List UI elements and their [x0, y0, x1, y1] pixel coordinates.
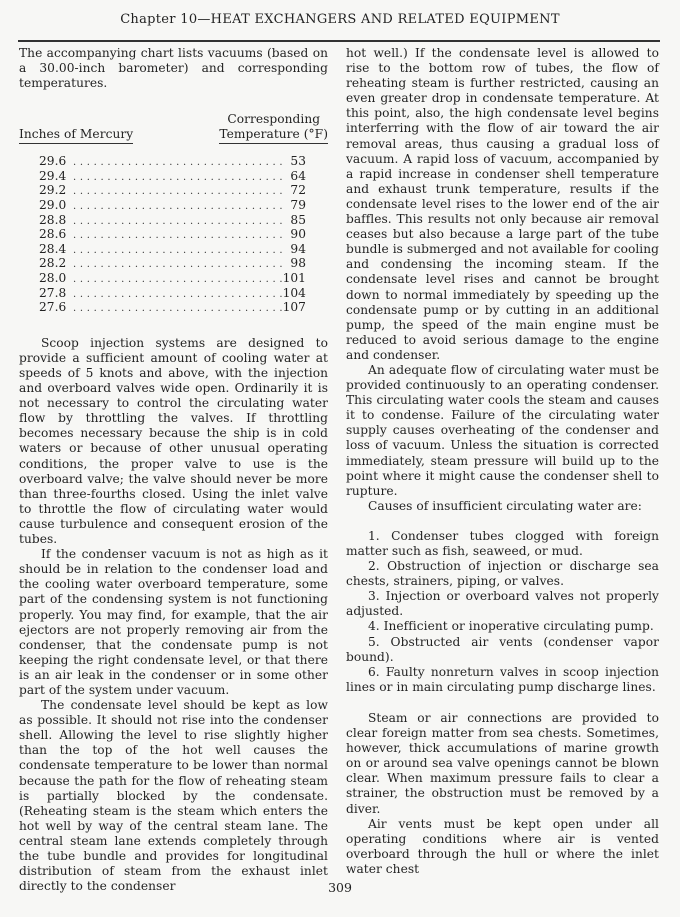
- vacuum-table: 29.6....................................…: [19, 154, 328, 315]
- table-row: 27.8....................................…: [39, 286, 306, 301]
- page-number: 309: [0, 880, 680, 895]
- temp-cell: 79: [282, 198, 306, 213]
- intro-paragraph: The accompanying chart lists vacuums (ba…: [19, 46, 328, 91]
- leader-dots: ......................................: [73, 185, 282, 200]
- right-column: hot well.) If the condensate level is al…: [346, 46, 659, 877]
- inches-cell: 28.0: [39, 271, 73, 286]
- inches-cell: 28.4: [39, 242, 73, 257]
- spacer: [346, 695, 659, 711]
- leader-dots: ......................................: [73, 229, 282, 244]
- list-item: 2. Obstruction of injection or discharge…: [346, 559, 659, 589]
- leader-dots: ......................................: [73, 156, 282, 171]
- leader-dots: ......................................: [73, 273, 282, 288]
- body-paragraph: Steam or air connections are provided to…: [346, 711, 659, 817]
- leader-dots: ......................................: [73, 200, 282, 215]
- table-row: 28.2....................................…: [39, 256, 306, 271]
- temp-cell: 53: [282, 154, 306, 169]
- table-row: 28.6....................................…: [39, 227, 306, 242]
- temp-cell: 72: [282, 183, 306, 198]
- inches-cell: 29.0: [39, 198, 73, 213]
- running-head: Chapter 10—HEAT EXCHANGERS AND RELATED E…: [0, 12, 680, 27]
- table-row: 28.8....................................…: [39, 213, 306, 228]
- body-paragraph: Air vents must be kept open under all op…: [346, 817, 659, 877]
- header-rule: [18, 40, 660, 42]
- col-header-temperature-line2: Temperature (°F): [219, 127, 328, 142]
- inches-cell: 28.8: [39, 213, 73, 228]
- table-row: 29.6....................................…: [39, 154, 306, 169]
- col-header-temperature-line1: Corresponding: [219, 112, 328, 127]
- inches-cell: 28.6: [39, 227, 73, 242]
- col-header-inches: Inches of Mercury: [19, 127, 133, 144]
- inches-cell: 29.4: [39, 169, 73, 184]
- inches-cell: 29.6: [39, 154, 73, 169]
- leader-dots: ......................................: [73, 258, 282, 273]
- list-item: 5. Obstructed air vents (condenser vapor…: [346, 635, 659, 665]
- leader-dots: ......................................: [73, 215, 282, 230]
- temp-cell: 85: [282, 213, 306, 228]
- inches-cell: 29.2: [39, 183, 73, 198]
- table-row: 29.4....................................…: [39, 169, 306, 184]
- list-item: 6. Faulty nonreturn valves in scoop inje…: [346, 665, 659, 695]
- table-row: 28.4....................................…: [39, 242, 306, 257]
- left-column: The accompanying chart lists vacuums (ba…: [19, 46, 328, 894]
- temp-cell: 98: [282, 256, 306, 271]
- leader-dots: ......................................: [73, 302, 282, 317]
- col-header-temperature: Corresponding Temperature (°F): [219, 112, 328, 144]
- table-row: 29.2....................................…: [39, 183, 306, 198]
- temp-cell: 94: [282, 242, 306, 257]
- document-page: Chapter 10—HEAT EXCHANGERS AND RELATED E…: [0, 0, 680, 917]
- temp-cell: 104: [282, 286, 306, 301]
- list-item: 4. Inefficient or inoperative circulatin…: [346, 619, 659, 634]
- temp-cell: 64: [282, 169, 306, 184]
- list-item: 3. Injection or overboard valves not pro…: [346, 589, 659, 619]
- leader-dots: ......................................: [73, 288, 282, 303]
- list-intro: Causes of insufficient circulating water…: [346, 499, 659, 514]
- vacuum-table-header: Inches of Mercury Corresponding Temperat…: [19, 110, 328, 144]
- table-row: 27.6....................................…: [39, 300, 306, 315]
- spacer: [19, 315, 328, 336]
- inches-cell: 28.2: [39, 256, 73, 271]
- table-row: 29.0....................................…: [39, 198, 306, 213]
- table-row: 28.0....................................…: [39, 271, 306, 286]
- body-paragraph: hot well.) If the condensate level is al…: [346, 46, 659, 363]
- body-paragraph: The condensate level should be kept as l…: [19, 698, 328, 894]
- leader-dots: ......................................: [73, 244, 282, 259]
- body-paragraph: If the condenser vacuum is not as high a…: [19, 547, 328, 698]
- temp-cell: 90: [282, 227, 306, 242]
- body-paragraph: Scoop injection systems are designed to …: [19, 336, 328, 547]
- spacer: [346, 514, 659, 529]
- temp-cell: 101: [282, 271, 306, 286]
- temp-cell: 107: [282, 300, 306, 315]
- body-paragraph: An adequate flow of circulating water mu…: [346, 363, 659, 499]
- leader-dots: ......................................: [73, 171, 282, 186]
- list-item: 1. Condenser tubes clogged with foreign …: [346, 529, 659, 559]
- inches-cell: 27.6: [39, 300, 73, 315]
- inches-cell: 27.8: [39, 286, 73, 301]
